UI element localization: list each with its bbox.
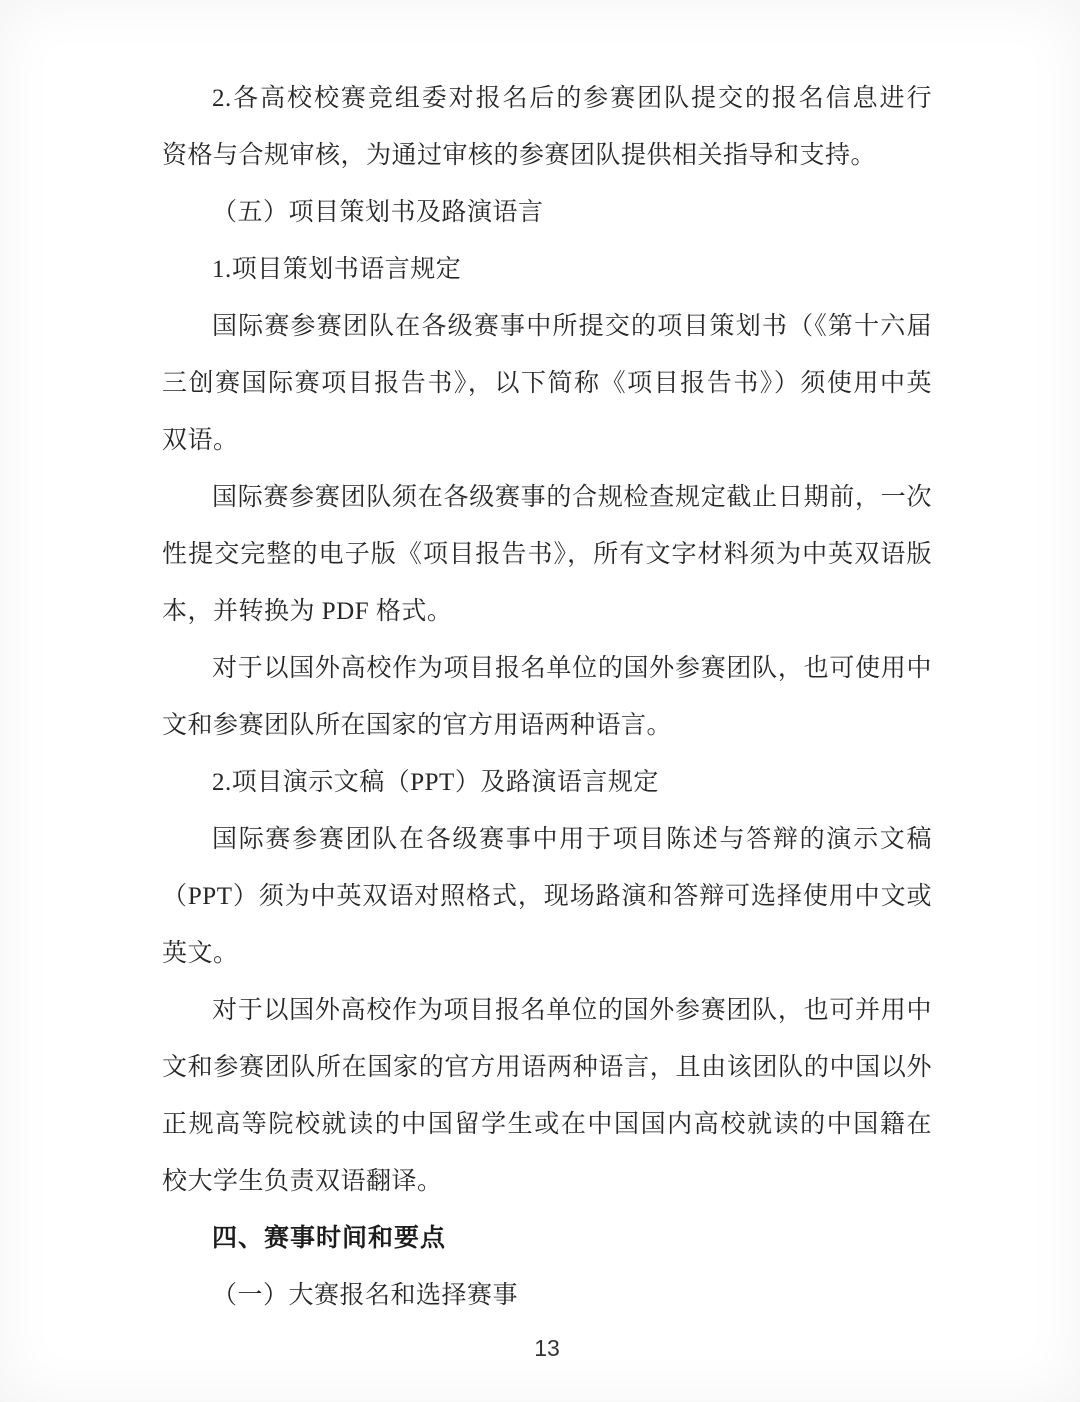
paragraph: 对于以国外高校作为项目报名单位的国外参赛团队，也可并用中文和参赛团队所在国家的官… [162, 982, 932, 1210]
text-line: 2.各高校校赛竞组委对报名后的参赛团队提交的报名信息进行 [162, 70, 932, 127]
text-line: 资格与合规审核，为通过审核的参赛团队提供相关指导和支持。 [162, 127, 932, 184]
paragraph: 2.项目演示文稿（PPT）及路演语言规定 [162, 754, 932, 811]
paragraph: 国际赛参赛团队在各级赛事中用于项目陈述与答辩的演示文稿（PPT）须为中英双语对照… [162, 811, 932, 982]
text-line: 三创赛国际赛项目报告书》，以下简称《项目报告书》）须使用中英 [162, 355, 932, 412]
text-line: （五）项目策划书及路演语言 [162, 184, 932, 241]
section-heading: 四、赛事时间和要点 [162, 1210, 932, 1267]
text-line: 正规高等院校就读的中国留学生或在中国国内高校就读的中国籍在 [162, 1096, 932, 1153]
page-number: 13 [162, 1328, 932, 1368]
text-line: 国际赛参赛团队在各级赛事中用于项目陈述与答辩的演示文稿 [162, 811, 932, 868]
paragraph: 对于以国外高校作为项目报名单位的国外参赛团队，也可使用中文和参赛团队所在国家的官… [162, 640, 932, 754]
text-line: 国际赛参赛团队在各级赛事中所提交的项目策划书（《第十六届 [162, 298, 932, 355]
text-line: （PPT）须为中英双语对照格式，现场路演和答辩可选择使用中文或 [162, 868, 932, 925]
paragraph: （一）大赛报名和选择赛事 [162, 1267, 932, 1324]
text-line: 文和参赛团队所在国家的官方用语两种语言，且由该团队的中国以外 [162, 1039, 932, 1096]
document-page: 2.各高校校赛竞组委对报名后的参赛团队提交的报名信息进行资格与合规审核，为通过审… [0, 0, 1080, 1402]
text-line: 文和参赛团队所在国家的官方用语两种语言。 [162, 697, 932, 754]
text-line: 性提交完整的电子版《项目报告书》，所有文字材料须为中英双语版 [162, 526, 932, 583]
text-line: 2.项目演示文稿（PPT）及路演语言规定 [162, 754, 932, 811]
text-line: 双语。 [162, 412, 932, 469]
text-line: 对于以国外高校作为项目报名单位的国外参赛团队，也可使用中 [162, 640, 932, 697]
text-line: 国际赛参赛团队须在各级赛事的合规检查规定截止日期前，一次 [162, 469, 932, 526]
text-line: 英文。 [162, 925, 932, 982]
paragraph: 2.各高校校赛竞组委对报名后的参赛团队提交的报名信息进行资格与合规审核，为通过审… [162, 70, 932, 184]
paragraph: 国际赛参赛团队在各级赛事中所提交的项目策划书（《第十六届三创赛国际赛项目报告书》… [162, 298, 932, 469]
text-line: 对于以国外高校作为项目报名单位的国外参赛团队，也可并用中 [162, 982, 932, 1039]
text-line: 四、赛事时间和要点 [162, 1210, 932, 1267]
text-line: 本，并转换为 PDF 格式。 [162, 583, 932, 640]
paragraph: （五）项目策划书及路演语言 [162, 184, 932, 241]
paragraph: 1.项目策划书语言规定 [162, 241, 932, 298]
text-line: （一）大赛报名和选择赛事 [162, 1267, 932, 1324]
text-line: 1.项目策划书语言规定 [162, 241, 932, 298]
document-content: 2.各高校校赛竞组委对报名后的参赛团队提交的报名信息进行资格与合规审核，为通过审… [162, 70, 932, 1324]
text-line: 校大学生负责双语翻译。 [162, 1153, 932, 1210]
paragraph: 国际赛参赛团队须在各级赛事的合规检查规定截止日期前，一次性提交完整的电子版《项目… [162, 469, 932, 640]
